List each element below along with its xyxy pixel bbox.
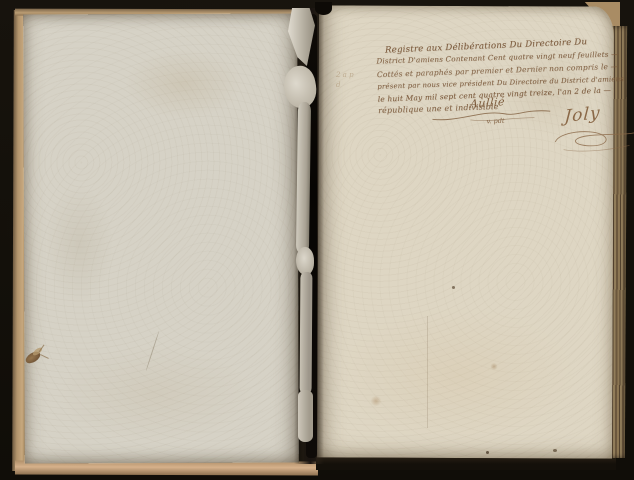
binding-tear-notch <box>315 2 332 15</box>
torn-paper-fragment <box>300 272 313 394</box>
paper-stain <box>54 344 254 445</box>
signature-secondary: Joly <box>564 103 601 127</box>
ink-speck <box>486 451 489 454</box>
signature-flourish-icon <box>549 127 634 156</box>
signature-title: v. pdt <box>486 117 504 126</box>
insect-leg <box>39 345 45 353</box>
insect-blemish <box>21 346 47 368</box>
torn-paper-fragment <box>298 390 313 442</box>
paper-stain <box>44 184 114 304</box>
torn-paper-fragment <box>296 102 311 254</box>
foxing-spot <box>490 363 498 370</box>
paper-stain <box>123 49 243 119</box>
ink-speck <box>452 286 455 289</box>
left-page-blank <box>23 14 299 464</box>
foxing-spot <box>370 396 382 406</box>
ink-bleedthrough-marks: 2 a p d <box>336 70 354 110</box>
torn-paper-fragment <box>296 247 314 275</box>
ink-speck <box>553 449 557 452</box>
paper-stain <box>337 305 578 446</box>
archival-book-scan: 2 a p d Registre aux Délibérations Du Di… <box>0 0 634 480</box>
handwritten-inscription: Registre aux Délibérations Du Directoire… <box>376 36 618 174</box>
paper-crease <box>427 316 428 428</box>
